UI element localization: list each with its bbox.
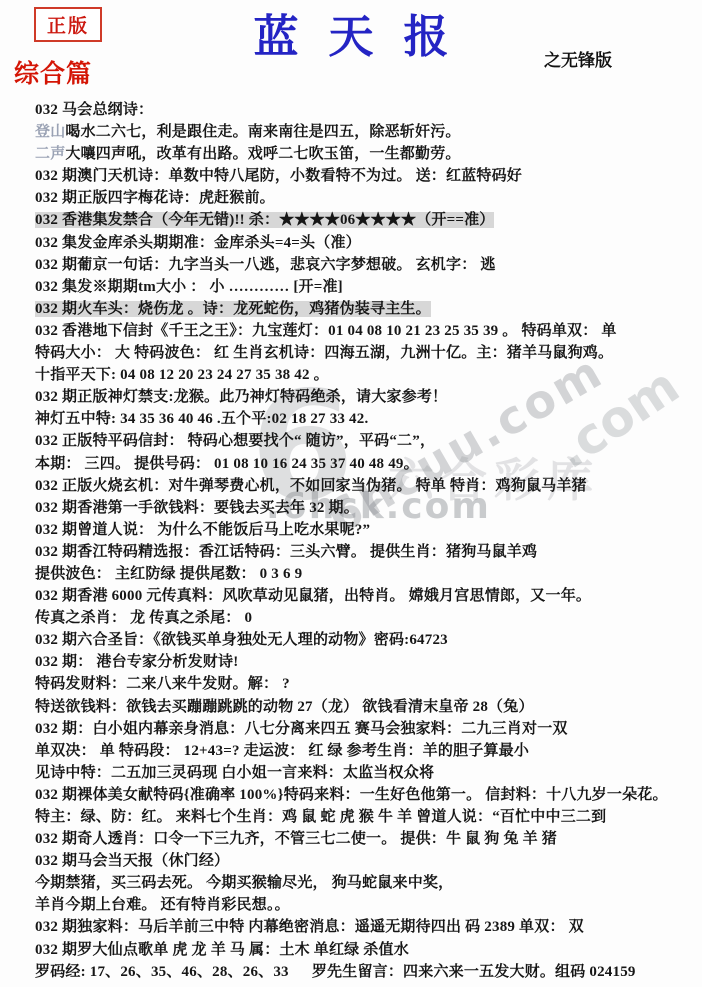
text-line: 提供波色： 主红防绿 提供尾数： 0 3 6 9 [35, 563, 697, 585]
text-line: 神灯五中特: 34 35 36 40 46 .五个平:02 18 27 33 4… [35, 408, 697, 430]
section-title: 综合篇 [14, 54, 92, 90]
text-line-content: 传真之杀肖： 龙 传真之杀尾： 0 [35, 610, 252, 626]
text-line-content: 032 期独家料：马后羊前三中特 内幕绝密消息：遥遥无期待四出 码 2389 单… [35, 919, 584, 935]
text-line-content: 032 香港地下信封《千王之王》：九宝莲灯：01 04 08 10 21 23 … [35, 323, 617, 339]
text-line: 032 集发金库杀头期期准：金库杀头=4=头（准） [35, 232, 697, 254]
text-line: 二声大嚷四声吼，改革有出路。戏呼二七吹玉笛，一生都勤劳。 [35, 143, 697, 165]
lottery-tip-sheet: { "header": { "badge": "正版", "title": "蓝… [0, 0, 702, 987]
text-line-content: 032 期六合圣旨：《欲钱买单身独处无人理的动物》密码:64723 [35, 632, 448, 648]
text-line-content: 见诗中特：二五加三灵码现 白小姐一言来料：太监当权众将 [35, 765, 434, 781]
text-line-content: 特主：绿、防：红。 来料七个生肖：鸡 鼠 蛇 虎 猴 牛 羊 曾道人说：“百忙中… [35, 809, 606, 825]
text-line-content: 今期禁猪，买三码去死。 今期买猴输尽光， 狗马蛇鼠来中奖， [35, 875, 453, 891]
text-line-content: 特送欲钱料：欲钱去买蹦蹦跳跳的动物 27（龙） 欲钱看清末皇帝 28（兔） [35, 699, 534, 715]
text-line: 032 香港集发禁合（今年无错)!! 杀：★★★★06★★★★（开==准） [35, 209, 697, 231]
text-line: 032 期裸体美女献特码{准确率 100%}特码来料：一生好色他第一。 信封料：… [35, 784, 697, 806]
text-line-content: 特码大小： 大 特码波色： 红 生肖玄机诗：四海五湖，九洲十亿。主：猪羊马鼠狗鸡… [35, 345, 613, 361]
text-line-content: 032 期香江特码精选报：香江话特码：三头六臂。 提供生肖：猪狗马鼠羊鸡 [35, 544, 537, 560]
text-line: 特码发财料：二来八来牛发财。解： ? [35, 673, 697, 695]
text-line-content: 032 集发金库杀头期期准：金库杀头=4=头（准） [35, 235, 361, 251]
edition-label: 之无锋版 [544, 46, 612, 71]
text-line: 特码大小： 大 特码波色： 红 生肖玄机诗：四海五湖，九洲十亿。主：猪羊马鼠狗鸡… [35, 342, 697, 364]
text-line-content: 032 期澳门天机诗：单数中特八尾防，小数看特不为过。 送：红蓝特码好 [35, 168, 522, 184]
text-line: 特主：绿、防：红。 来料七个生肖：鸡 鼠 蛇 虎 猴 牛 羊 曾道人说：“百忙中… [35, 806, 697, 828]
text-line-content: 羊肖今期上台难。 还有特肖彩民想。。 [35, 897, 290, 913]
text-line: 今期禁猪，买三码去死。 今期买猴输尽光， 狗马蛇鼠来中奖， [35, 872, 697, 894]
text-line: 羊肖今期上台难。 还有特肖彩民想。。 [35, 894, 697, 916]
text-line-content: 032 集发※期期tm大小 ： 小 ………… [开=准] [35, 279, 343, 295]
text-line: 032 期独家料：马后羊前三中特 内幕绝密消息：遥遥无期待四出 码 2389 单… [35, 916, 697, 938]
text-line-content: 032 期葡京一句话：九字当头一八逃，悲哀六字梦想破。 玄机字： 逃 [35, 257, 496, 273]
text-line-content: 032 正版火烧玄机：对牛弹琴费心机，不如回家当伪猪。 特单 特肖：鸡狗鼠马羊猪 [35, 478, 587, 494]
text-line: 032 集发※期期tm大小 ： 小 ………… [开=准] [35, 276, 697, 298]
text-line-content: 032 期香港 6000 元传真料：风吹草动见鼠猪，出特肖。 嫦娥月宫思情郎，又… [35, 588, 591, 604]
text-line: 032 期曾道人说： 为什么不能饭后马上吃水果呢?” [35, 519, 697, 541]
text-line: 032 期罗大仙点歌单 虎 龙 羊 马 属：土木 单红绿 杀值水 [35, 939, 697, 961]
text-line: 罗码经: 17、26、35、46、28、26、33 罗先生留言：四来六来一五发大… [35, 961, 697, 983]
text-line-content: 032 香港集发禁合（今年无错)!! 杀：★★★★06★★★★（开==准） [35, 212, 494, 228]
text-line-content: 十指平天下: 04 08 12 20 23 24 27 35 38 42 。 [35, 367, 329, 383]
text-line: 032 期火车头：烧伤龙 。诗：龙死蛇伤，鸡猪伪装寻主生。 [35, 298, 697, 320]
text-line: 032 期正版四字梅花诗：虎赶猴前。 [35, 187, 697, 209]
text-line-content: 提供波色： 主红防绿 提供尾数： 0 3 6 9 [35, 566, 302, 582]
text-line: 032 期正版神灯禁支:龙猴。此乃神灯特码绝杀，请大家参考！ [35, 386, 697, 408]
text-line: 032 期香江特码精选报：香江话特码：三头六臂。 提供生肖：猪狗马鼠羊鸡 [35, 541, 697, 563]
text-line: 032 期：白小姐内幕亲身消息：八七分离来四五 赛马会独家料：二九三肖对一双 [35, 718, 697, 740]
text-line: 032 期六合圣旨：《欲钱买单身独处无人理的动物》密码:64723 [35, 629, 697, 651]
text-line-content: 032 期裸体美女献特码{准确率 100%}特码来料：一生好色他第一。 信封料：… [35, 787, 668, 803]
text-line-content: 032 期：白小姐内幕亲身消息：八七分离来四五 赛马会独家料：二九三肖对一双 [35, 721, 568, 737]
text-line-content: 神灯五中特: 34 35 36 40 46 .五个平:02 18 27 33 4… [35, 411, 368, 427]
text-line: 本期： 三四。 提供号码： 01 08 10 16 24 35 37 40 48… [35, 453, 697, 475]
faded-prefix: 二声 [35, 146, 65, 162]
text-line-content: 032 期罗大仙点歌单 虎 龙 羊 马 属：土木 单红绿 杀值水 [35, 942, 409, 958]
text-line-content: 罗码经: 17、26、35、46、28、26、33 罗先生留言：四来六来一五发大… [35, 964, 636, 980]
tip-lines-container: 032 马会总纲诗：登山喝水二六七，利是跟住走。南来南往是四五，除恶斩奸污。二声… [35, 99, 697, 983]
faded-prefix: 登山 [35, 124, 65, 140]
text-line: 单双决： 单 特码段： 12+43=? 走运波： 红 绿 参考生肖：羊的胆子算最… [35, 740, 697, 762]
text-line-content: 032 期火车头：烧伤龙 。诗：龙死蛇伤，鸡猪伪装寻主生。 [35, 301, 431, 317]
text-line-content: 032 期正版四字梅花诗：虎赶猴前。 [35, 190, 275, 206]
text-line: 032 正版特平码信封： 特码心想要找个“ 随访”，平码“二”， [35, 430, 697, 452]
text-line-content: 032 期奇人透肖：口令一下三九齐，不管三七二使一。 提供：牛 鼠 狗 兔 羊 … [35, 831, 557, 847]
text-line: 032 期奇人透肖：口令一下三九齐，不管三七二使一。 提供：牛 鼠 狗 兔 羊 … [35, 828, 697, 850]
text-line-content: 单双决： 单 特码段： 12+43=? 走运波： 红 绿 参考生肖：羊的胆子算最… [35, 743, 529, 759]
text-line-content: 032 期香港第一手欲钱料：要钱去买去年 32 期。 [35, 500, 359, 516]
text-line-content: 032 期马会当天报（休门经） [35, 853, 229, 869]
text-line: 十指平天下: 04 08 12 20 23 24 27 35 38 42 。 [35, 364, 697, 386]
text-line: 032 正版火烧玄机：对牛弹琴费心机，不如回家当伪猪。 特单 特肖：鸡狗鼠马羊猪 [35, 475, 697, 497]
text-line: 032 期香港 6000 元传真料：风吹草动见鼠猪，出特肖。 嫦娥月宫思情郎，又… [35, 585, 697, 607]
text-line-content: 032 期曾道人说： 为什么不能饭后马上吃水果呢?” [35, 522, 370, 538]
text-line: 032 期马会当天报（休门经） [35, 850, 697, 872]
text-line-content: 032 正版特平码信封： 特码心想要找个“ 随访”，平码“二”， [35, 433, 435, 449]
text-line: 032 马会总纲诗： [35, 99, 697, 121]
text-line: 032 期： 港台专家分析发财诗! [35, 651, 697, 673]
text-line: 032 香港地下信封《千王之王》：九宝莲灯：01 04 08 10 21 23 … [35, 320, 697, 342]
text-line-content: 特码发财料：二来八来牛发财。解： ? [35, 676, 290, 692]
text-line: 032 期葡京一句话：九字当头一八逃，悲哀六字梦想破。 玄机字： 逃 [35, 254, 697, 276]
text-line: 特送欲钱料：欲钱去买蹦蹦跳跳的动物 27（龙） 欲钱看清末皇帝 28（兔） [35, 696, 697, 718]
text-line-content: 本期： 三四。 提供号码： 01 08 10 16 24 35 37 40 48… [35, 456, 419, 472]
text-line-content: 二声大嚷四声吼，改革有出路。戏呼二七吹玉笛，一生都勤劳。 [35, 146, 461, 162]
text-line: 登山喝水二六七，利是跟住走。南来南往是四五，除恶斩奸污。 [35, 121, 697, 143]
text-line: 见诗中特：二五加三灵码现 白小姐一言来料：太监当权众将 [35, 762, 697, 784]
text-line-content: 032 期： 港台专家分析发财诗! [35, 654, 238, 670]
text-line-content: 032 期正版神灯禁支:龙猴。此乃神灯特码绝杀，请大家参考！ [35, 389, 447, 405]
text-line: 032 期香港第一手欲钱料：要钱去买去年 32 期。 [35, 497, 697, 519]
text-line-content: 登山喝水二六七，利是跟住走。南来南往是四五，除恶斩奸污。 [35, 124, 461, 140]
text-line-content: 032 马会总纲诗： [35, 102, 153, 118]
text-line: 传真之杀肖： 龙 传真之杀尾： 0 [35, 607, 697, 629]
text-line: 032 期澳门天机诗：单数中特八尾防，小数看特不为过。 送：红蓝特码好 [35, 165, 697, 187]
